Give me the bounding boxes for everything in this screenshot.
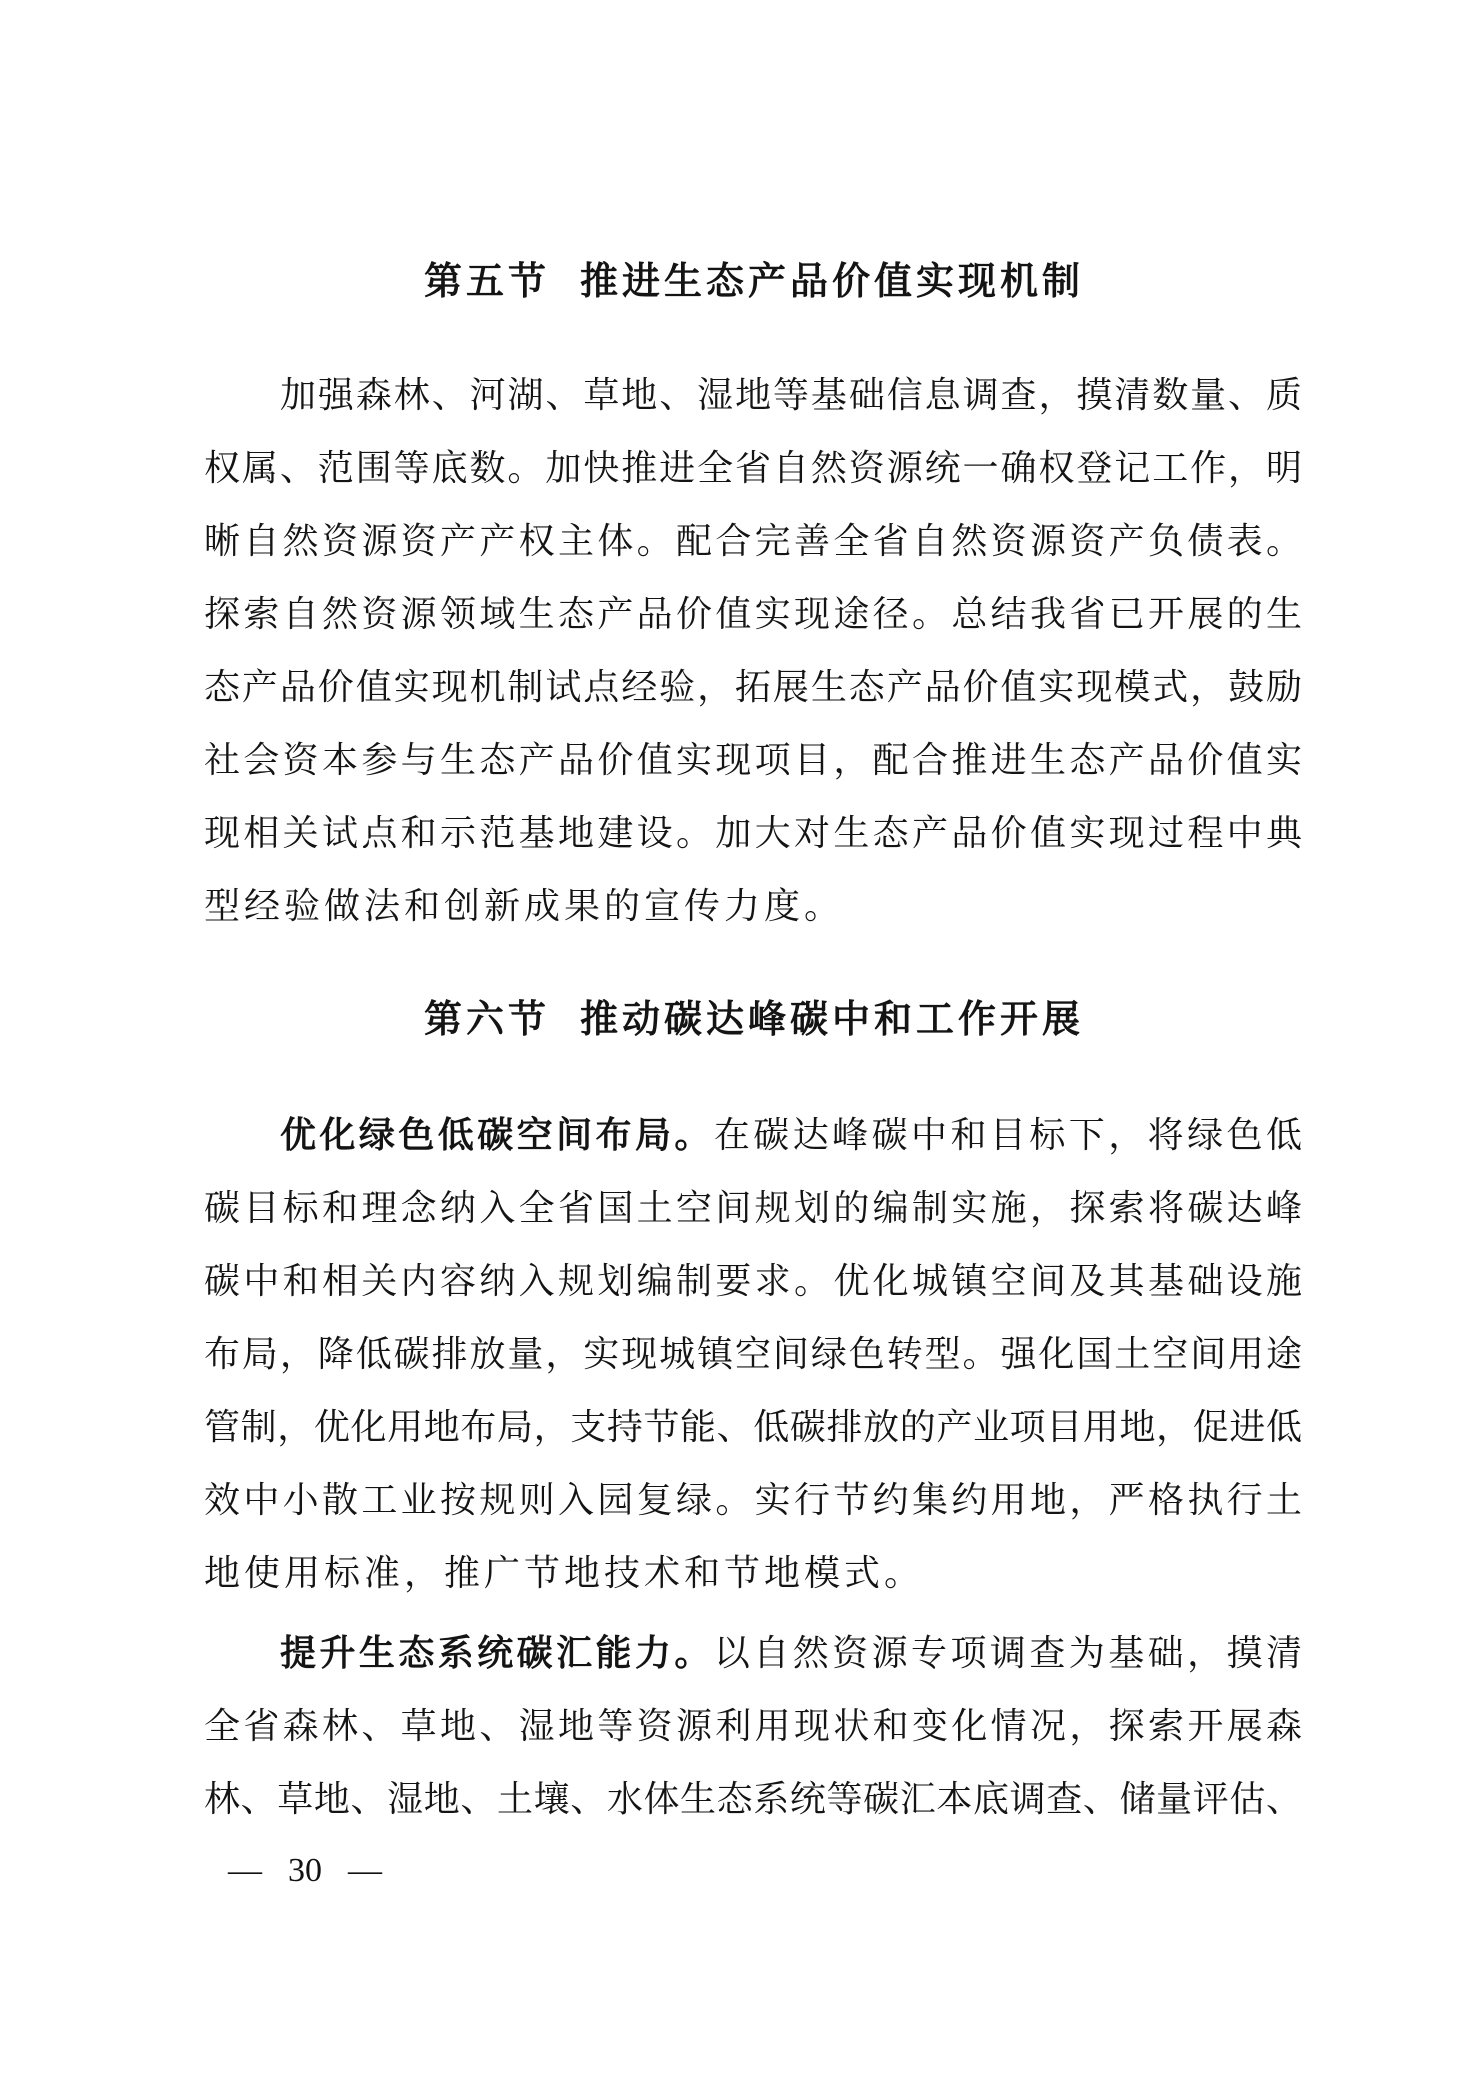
body-line: 晰自然资源资产产权主体。配合完善全省自然资源资产负债表。 xyxy=(204,505,1302,578)
lead-in-phrase: 优化绿色低碳空间布局。 xyxy=(280,1115,714,1155)
body-line: 权属、范围等底数。加快推进全省自然资源统一确权登记工作，明 xyxy=(204,432,1302,505)
page-number: 30 xyxy=(288,1852,322,1890)
page-footer: — 30 — xyxy=(228,1852,382,1890)
section-heading-6: 第六节推动碳达峰碳中和工作开展 xyxy=(204,988,1304,1043)
body-line: 碳目标和理念纳入全省国土空间规划的编制实施，探索将碳达峰 xyxy=(204,1172,1302,1245)
body-line: 全省森林、草地、湿地等资源利用现状和变化情况，探索开展森 xyxy=(204,1690,1302,1763)
section-heading-5: 第五节推进生态产品价值实现机制 xyxy=(204,250,1304,305)
body-line: 管制，优化用地布局，支持节能、低碳排放的产业项目用地，促进低 xyxy=(204,1391,1302,1464)
section-number: 第五节 xyxy=(424,261,550,303)
body-line-text: 以自然资源专项调查为基础，摸清 xyxy=(714,1633,1302,1673)
body-line: 布局，降低碳排放量，实现城镇空间绿色转型。强化国土空间用途 xyxy=(204,1318,1302,1391)
body-line: 提升生态系统碳汇能力。以自然资源专项调查为基础，摸清 xyxy=(204,1617,1302,1690)
body-line: 优化绿色低碳空间布局。在碳达峰碳中和目标下，将绿色低 xyxy=(204,1099,1302,1172)
section-number: 第六节 xyxy=(424,999,550,1041)
section-title: 推进生态产品价值实现机制 xyxy=(580,261,1084,303)
body-line: 型经验做法和创新成果的宣传力度。 xyxy=(204,870,1302,943)
paragraph: 加强森林、河湖、草地、湿地等基础信息调查，摸清数量、质量、 权属、范围等底数。加… xyxy=(204,359,1302,943)
lead-in-phrase: 提升生态系统碳汇能力。 xyxy=(280,1633,714,1673)
body-line: 社会资本参与生态产品价值实现项目，配合推进生态产品价值实 xyxy=(204,724,1302,797)
body-line: 地使用标准，推广节地技术和节地模式。 xyxy=(204,1537,1302,1610)
body-line-text: 在碳达峰碳中和目标下，将绿色低 xyxy=(714,1115,1302,1155)
footer-dash-right: — xyxy=(348,1852,382,1890)
body-line: 林、草地、湿地、土壤、水体生态系统等碳汇本底调查、储量评估、 xyxy=(204,1763,1302,1836)
body-line: 碳中和相关内容纳入规划编制要求。优化城镇空间及其基础设施 xyxy=(204,1245,1302,1318)
footer-dash-left: — xyxy=(228,1852,262,1890)
document-page: 第五节推进生态产品价值实现机制 加强森林、河湖、草地、湿地等基础信息调查，摸清数… xyxy=(0,0,1482,2100)
paragraph: 优化绿色低碳空间布局。在碳达峰碳中和目标下，将绿色低 碳目标和理念纳入全省国土空… xyxy=(204,1099,1302,1610)
section-title: 推动碳达峰碳中和工作开展 xyxy=(580,999,1084,1041)
body-line: 态产品价值实现机制试点经验，拓展生态产品价值实现模式，鼓励 xyxy=(204,651,1302,724)
body-line: 现相关试点和示范基地建设。加大对生态产品价值实现过程中典 xyxy=(204,797,1302,870)
body-line: 加强森林、河湖、草地、湿地等基础信息调查，摸清数量、质量、 xyxy=(204,359,1302,432)
body-line: 探索自然资源领域生态产品价值实现途径。总结我省已开展的生 xyxy=(204,578,1302,651)
body-line: 效中小散工业按规则入园复绿。实行节约集约用地，严格执行土 xyxy=(204,1464,1302,1537)
paragraph: 提升生态系统碳汇能力。以自然资源专项调查为基础，摸清 全省森林、草地、湿地等资源… xyxy=(204,1617,1302,1836)
